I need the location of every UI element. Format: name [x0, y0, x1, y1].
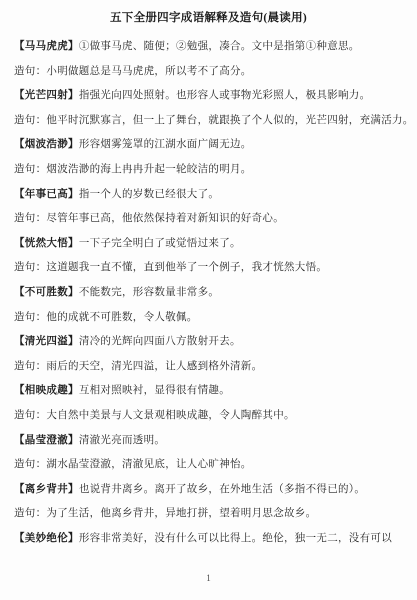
- definition-line: 【不可胜数】不能数完，形容数量非常多。: [14, 287, 403, 298]
- idiom-entry: 【美妙绝伦】形容非常美好，没有什么可以比得上。绝伦，独一无二，没有可以: [14, 533, 403, 544]
- idiom-word: 【马马虎虎】: [14, 41, 79, 52]
- idiom-definition: 形容烟雾笼罩的江湖水面广阔无边。: [79, 139, 252, 150]
- idiom-entry: 【相映成趣】互相对照映衬，显得很有情趣。 造句：大自然中美景与人文景观相映成趣，…: [14, 385, 403, 421]
- definition-line: 【年事已高】指一个人的岁数已经很大了。: [14, 189, 403, 200]
- entries-list: 【马马虎虎】①做事马虎、随便；②勉强，凑合。文中是指第①种意思。 造句：小明做题…: [14, 41, 403, 544]
- idiom-entry: 【烟波浩渺】形容烟雾笼罩的江湖水面广阔无边。 造句：烟波浩渺的海上冉冉升起一轮皎…: [14, 139, 403, 175]
- sentence-label: 造句：: [14, 361, 46, 372]
- sentence-line: 造句：湖水晶莹澄澈，清澈见底，让人心旷神怡。: [14, 459, 403, 470]
- definition-line: 【马马虎虎】①做事马虎、随便；②勉强，凑合。文中是指第①种意思。: [14, 41, 403, 52]
- sentence-text: 小明做题总是马马虎虎，所以考不了高分。: [46, 66, 251, 77]
- sentence-text: 为了生活，他离乡背井，异地打拼，望着明月思念故乡。: [46, 508, 316, 519]
- sentence-label: 造句：: [14, 410, 46, 421]
- sentence-label: 造句：: [14, 213, 46, 224]
- sentence-label: 造句：: [14, 66, 46, 77]
- definition-line: 【离乡背井】也说背井离乡。离开了故乡，在外地生活（多指不得已的）。: [14, 484, 403, 495]
- sentence-label: 造句：: [14, 312, 46, 323]
- idiom-entry: 【清光四溢】清冷的光辉向四面八方散射开去。 造句：雨后的天空，清光四溢，让人感到…: [14, 336, 403, 372]
- page-title: 五下全册四字成语解释及造句(晨读用): [14, 12, 403, 24]
- definition-line: 【恍然大悟】一下子完全明白了或觉悟过来了。: [14, 238, 403, 249]
- idiom-entry: 【光芒四射】指强光向四处照射。也形容人或事物光彩照人，极具影响力。 造句：他平时…: [14, 90, 403, 126]
- idiom-definition: ①做事马虎、随便；②勉强，凑合。文中是指第①种意思。: [79, 41, 360, 52]
- idiom-entry: 【恍然大悟】一下子完全明白了或觉悟过来了。 造句：这道题我一直不懂，直到他举了一…: [14, 238, 403, 274]
- definition-line: 【清光四溢】清冷的光辉向四面八方散射开去。: [14, 336, 403, 347]
- idiom-word: 【晶莹澄澈】: [14, 435, 79, 446]
- definition-line: 【晶莹澄澈】清澈光亮而透明。: [14, 435, 403, 446]
- idiom-definition: 指强光向四处照射。也形容人或事物光彩照人，极具影响力。: [79, 90, 371, 101]
- sentence-text: 大自然中美景与人文景观相映成趣，令人陶醉其中。: [46, 410, 294, 421]
- idiom-word: 【年事已高】: [14, 189, 79, 200]
- idiom-word: 【相映成趣】: [14, 385, 79, 396]
- sentence-label: 造句：: [14, 508, 46, 519]
- idiom-word: 【离乡背井】: [14, 484, 79, 495]
- document-page: 五下全册四字成语解释及造句(晨读用) 【马马虎虎】①做事马虎、随便；②勉强，凑合…: [0, 0, 417, 600]
- sentence-line: 造句：烟波浩渺的海上冉冉升起一轮皎洁的明月。: [14, 164, 403, 175]
- definition-line: 【烟波浩渺】形容烟雾笼罩的江湖水面广阔无边。: [14, 139, 403, 150]
- idiom-word: 【不可胜数】: [14, 287, 79, 298]
- sentence-line: 造句：他平时沉默寡言，但一上了舞台，就跟换了个人似的，光芒四射，充满活力。: [14, 115, 403, 126]
- idiom-entry: 【马马虎虎】①做事马虎、随便；②勉强，凑合。文中是指第①种意思。 造句：小明做题…: [14, 41, 403, 77]
- sentence-line: 造句：为了生活，他离乡背井，异地打拼，望着明月思念故乡。: [14, 508, 403, 519]
- definition-line: 【美妙绝伦】形容非常美好，没有什么可以比得上。绝伦，独一无二，没有可以: [14, 533, 403, 544]
- sentence-text: 这道题我一直不懂，直到他举了一个例子，我才恍然大悟。: [46, 262, 327, 273]
- idiom-definition: 互相对照映衬，显得很有情趣。: [79, 385, 230, 396]
- definition-line: 【光芒四射】指强光向四处照射。也形容人或事物光彩照人，极具影响力。: [14, 90, 403, 101]
- idiom-definition: 不能数完，形容数量非常多。: [79, 287, 219, 298]
- idiom-definition: 一下子完全明白了或觉悟过来了。: [79, 238, 241, 249]
- idiom-entry: 【不可胜数】不能数完，形容数量非常多。 造句：他的成就不可胜数，令人敬佩。: [14, 287, 403, 323]
- sentence-text: 湖水晶莹澄澈，清澈见底，让人心旷神怡。: [46, 459, 251, 470]
- sentence-label: 造句：: [14, 164, 46, 175]
- idiom-word: 【光芒四射】: [14, 90, 79, 101]
- idiom-entry: 【年事已高】指一个人的岁数已经很大了。 造句：尽管年事已高，他依然保持着对新知识…: [14, 189, 403, 225]
- idiom-word: 【美妙绝伦】: [14, 533, 79, 544]
- idiom-definition: 也说背井离乡。离开了故乡，在外地生活（多指不得已的）。: [79, 484, 365, 495]
- sentence-line: 造句：雨后的天空，清光四溢，让人感到格外清新。: [14, 361, 403, 372]
- sentence-text: 他平时沉默寡言，但一上了舞台，就跟换了个人似的，光芒四射，充满活力。: [46, 115, 413, 126]
- idiom-definition: 指一个人的岁数已经很大了。: [79, 189, 219, 200]
- idiom-entry: 【晶莹澄澈】清澈光亮而透明。 造句：湖水晶莹澄澈，清澈见底，让人心旷神怡。: [14, 435, 403, 471]
- sentence-label: 造句：: [14, 262, 46, 273]
- sentence-label: 造句：: [14, 115, 46, 126]
- sentence-line: 造句：小明做题总是马马虎虎，所以考不了高分。: [14, 66, 403, 77]
- idiom-word: 【恍然大悟】: [14, 238, 79, 249]
- idiom-word: 【烟波浩渺】: [14, 139, 79, 150]
- idiom-definition: 清澈光亮而透明。: [79, 435, 165, 446]
- sentence-line: 造句：他的成就不可胜数，令人敬佩。: [14, 312, 403, 323]
- sentence-text: 他的成就不可胜数，令人敬佩。: [46, 312, 197, 323]
- idiom-definition: 形容非常美好，没有什么可以比得上。绝伦，独一无二，没有可以: [79, 533, 392, 544]
- sentence-text: 雨后的天空，清光四溢，让人感到格外清新。: [46, 361, 262, 372]
- idiom-definition: 清冷的光辉向四面八方散射开去。: [79, 336, 241, 347]
- definition-line: 【相映成趣】互相对照映衬，显得很有情趣。: [14, 385, 403, 396]
- sentence-text: 尽管年事已高，他依然保持着对新知识的好奇心。: [46, 213, 284, 224]
- sentence-line: 造句：这道题我一直不懂，直到他举了一个例子，我才恍然大悟。: [14, 262, 403, 273]
- page-number: 1: [0, 573, 417, 583]
- sentence-line: 造句：大自然中美景与人文景观相映成趣，令人陶醉其中。: [14, 410, 403, 421]
- sentence-line: 造句：尽管年事已高，他依然保持着对新知识的好奇心。: [14, 213, 403, 224]
- idiom-entry: 【离乡背井】也说背井离乡。离开了故乡，在外地生活（多指不得已的）。 造句：为了生…: [14, 484, 403, 520]
- idiom-word: 【清光四溢】: [14, 336, 79, 347]
- sentence-text: 烟波浩渺的海上冉冉升起一轮皎洁的明月。: [46, 164, 251, 175]
- sentence-label: 造句：: [14, 459, 46, 470]
